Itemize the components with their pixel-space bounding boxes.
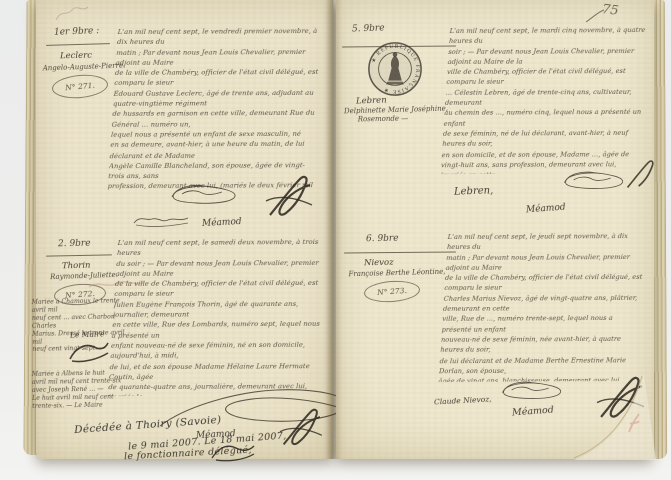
- margin-date-act-273: 6. 9bre: [366, 234, 399, 245]
- signature-paraph-bold: [262, 175, 314, 219]
- margin-rule: [46, 254, 112, 256]
- signature-paraph-circled: [558, 168, 630, 192]
- signature-paraph-bold: [274, 408, 326, 448]
- act-body-272: L'an mil neuf cent sept, le samedi deux …: [108, 237, 326, 396]
- act-body-273: L'an mil neuf cent sept, le jeudi sept n…: [438, 231, 650, 382]
- margin-rule: [46, 43, 110, 46]
- margin-date-act-lebren: 5. 9bre: [352, 23, 385, 34]
- margin-surname-act-272: Thorin: [62, 261, 91, 272]
- signature-witness-act-273: Claude Nievoz,: [434, 394, 492, 406]
- margin-surname-act-273: Nievoz: [364, 258, 394, 269]
- margin-date-act-272: 2. 9bre: [58, 239, 91, 250]
- act-number-271: N° 271.: [65, 81, 95, 93]
- pencil-scribble-mark: [50, 3, 92, 25]
- act-number-oval-271: N° 271.: [51, 73, 109, 101]
- act-number-273: N° 273.: [377, 286, 407, 297]
- margin-rule: [344, 252, 456, 254]
- book-gutter-shadow: [325, 0, 343, 459]
- signature-flourish-small: [132, 211, 190, 227]
- act-body-lebren: L'an mil neuf cent sept, le mardi cinq n…: [440, 25, 650, 174]
- signature-adjoint-act-273: Méamod: [512, 405, 554, 419]
- page-corner-curl: [564, 368, 656, 460]
- margin-date-act-271: 1er 9bre :: [54, 26, 100, 38]
- signature-paraph-circled: [492, 378, 572, 402]
- signature-adjoint-act-lebren: Méamod: [526, 203, 566, 216]
- right-page: 75 5. 9bre ★ RÉPUBLIQUE FRANÇAISE ★ Lebr…: [336, 0, 654, 459]
- margin-extra-line-act-lebren: Rosemonde —: [338, 114, 428, 124]
- signature-official-2007: [208, 440, 256, 464]
- margin-given-names-act-273: Françoise Berthe Léontine,: [336, 267, 458, 278]
- republique-francaise-stamp: ★ RÉPUBLIQUE FRANÇAISE ★: [366, 40, 424, 98]
- act-body-271: L'an mil neuf cent sept, le vendredi pre…: [107, 26, 326, 193]
- folio-number: 75: [601, 2, 619, 19]
- left-page: 1er 9bre : Leclerc Angelo-Auguste-Pierre…: [36, 0, 333, 459]
- act-number-oval-273: N° 273.: [363, 279, 420, 304]
- signature-paraph-bold: [622, 158, 658, 192]
- signature-paraph-mayor: [64, 339, 110, 363]
- margin-surname-act-lebren: Lebren: [356, 95, 387, 106]
- scanned-register-spread: 1er 9bre : Leclerc Angelo-Auguste-Pierre…: [0, 0, 671, 480]
- signature-adjoint-act-271: Méamod: [202, 217, 242, 229]
- signature-declarant-lebren: Lebren,: [454, 185, 494, 197]
- margin-surname-act-271: Leclerc: [60, 51, 92, 62]
- signature-paraph-circled: [166, 181, 242, 207]
